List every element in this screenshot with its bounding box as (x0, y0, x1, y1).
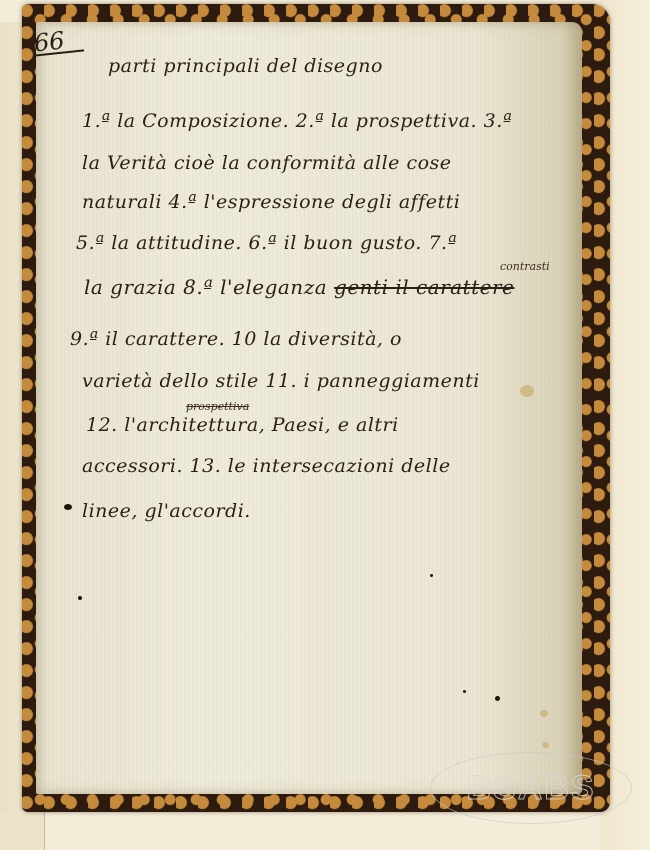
manuscript-line-8: varietà dello stile 11. i panneggiamenti (82, 370, 480, 392)
manuscript-line-4: naturali 4.ª l'espressione degli affetti (82, 191, 460, 213)
manuscript-line-2: 1.ª la Composizione. 2.ª la prospettiva.… (82, 110, 512, 132)
ink-speck (78, 596, 82, 600)
ink-blot (64, 504, 72, 510)
ink-speck (463, 690, 466, 693)
manuscript-line-3: la Verità cioè la conformità alle cose (82, 152, 452, 174)
manuscript-line-10: accessori. 13. le intersecazioni delle (82, 455, 451, 477)
manuscript-line-9: 12. l'architettura, Paesi, e altri (86, 414, 399, 436)
struck-text: genti il carattere (334, 275, 514, 299)
manuscript-line-6: la grazia 8.ª l'eleganza genti il caratt… (84, 275, 514, 299)
foxing-stain (520, 385, 534, 397)
line-6-text: la grazia 8.ª l'eleganza (84, 275, 327, 299)
manuscript-line-11: linee, gl'accordi. (82, 500, 251, 522)
interlinear-struck-insert: prospettiva (186, 400, 249, 413)
page-number: 66 (33, 28, 84, 57)
manuscript-line-7: 9.ª il carattere. 10 la diversità, o (70, 328, 402, 350)
foxing-stain (542, 742, 549, 748)
foxing-stain (540, 710, 548, 717)
ink-speck (495, 696, 500, 701)
ink-speck (430, 574, 433, 577)
manuscript-page (36, 22, 582, 794)
left-leaf-bottom-edge (0, 812, 45, 850)
marginal-insert: contrasti (500, 260, 550, 273)
manuscript-line-1: parti principali del disegno (108, 55, 383, 77)
library-watermark: BSABS (430, 752, 632, 824)
manuscript-line-5: 5.ª la attitudine. 6.ª il buon gusto. 7.… (76, 232, 457, 254)
